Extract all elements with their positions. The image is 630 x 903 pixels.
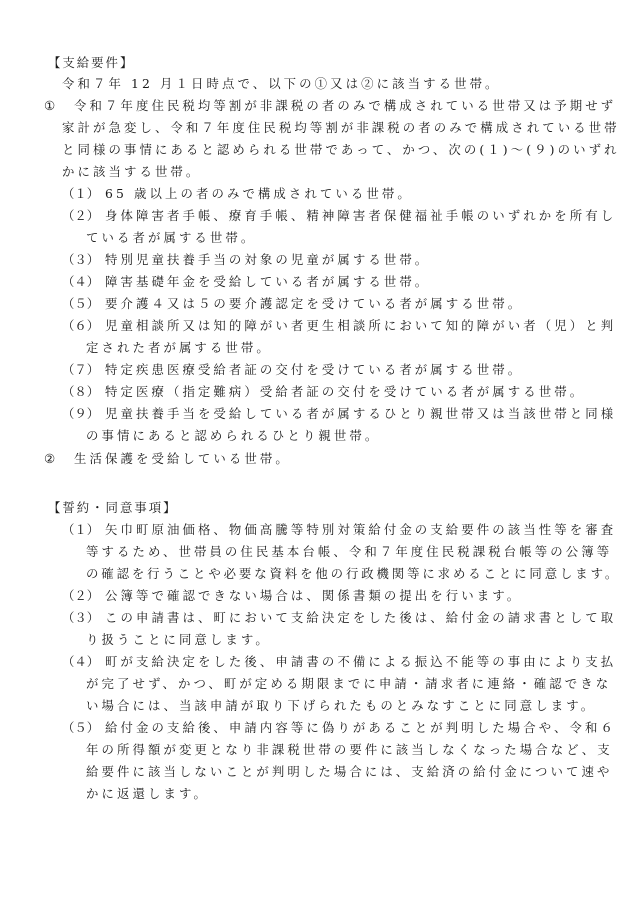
subitem-marker: （５） — [62, 296, 99, 312]
pledge-marker: （３） — [62, 610, 99, 626]
subitem-marker: （２） — [62, 208, 99, 224]
subitem-marker: （８） — [62, 384, 99, 400]
pledge-line: が完了せず、かつ、町が定める期限までに申請・請求者に連絡・確認できな — [86, 676, 611, 692]
subitem-line: 65 歳以上の者のみで構成されている世帯。 — [105, 186, 413, 202]
pledge-line: い場合には、当該申請が取り下げられたものとみなすことに同意します。 — [86, 698, 596, 714]
subitem-line: 特定医療（指定難病）受給者証の交付を受けている者が属する世帯。 — [105, 384, 585, 400]
subitem-line: の事情にあると認められるひとり親世帯。 — [86, 428, 380, 444]
subitem-line: 特定疾患医療受給者証の交付を受けている者が属する世帯。 — [105, 362, 523, 378]
item1-marker: ① — [44, 98, 55, 114]
subitem-line: 身体障害者手帳、療育手帳、精神障害者保健福祉手帳のいずれかを所有し — [105, 208, 616, 224]
subitem-marker: （７） — [62, 362, 99, 378]
requirements-intro: 令和７年 12 月１日時点で、以下の①又は②に該当する世帯。 — [62, 76, 501, 92]
item1-line: 家計が急変し、令和７年度住民税均等割が非課税の者のみで構成されている世帯 — [62, 120, 620, 136]
subitem-marker: （９） — [62, 406, 99, 422]
requirements-heading: 【支給要件】 — [48, 55, 134, 71]
item2-marker: ② — [44, 451, 55, 467]
pledge-line: り扱うことに同意します。 — [86, 632, 271, 648]
pledge-line: 矢巾町原油価格、物価高騰等特別対策給付金の支給要件の該当性等を審査 — [105, 522, 616, 538]
pledge-line: かに返還します。 — [86, 786, 209, 802]
pledge-line: この申請書は、町において支給決定をした後は、給付金の請求書として取 — [105, 610, 616, 626]
pledge-marker: （５） — [62, 720, 99, 736]
subitem-marker: （３） — [62, 252, 99, 268]
subitem-line: 定された者が属する世帯。 — [86, 340, 272, 356]
pledge-marker: （１） — [62, 522, 99, 538]
subitem-line: 障害基礎年金を受給している者が属する世帯。 — [105, 274, 430, 290]
item2-line: 生活保護を受給している世帯。 — [74, 451, 291, 467]
subitem-marker: （４） — [62, 274, 99, 290]
subitem-line: 特別児童扶養手当の対象の児童が属する世帯。 — [105, 252, 430, 268]
pledge-line: 給要件に該当しないことが判明した場合には、支給済の給付金について速や — [86, 764, 612, 780]
subitem-marker: （１） — [62, 186, 99, 202]
pledge-heading: 【誓約・同意事項】 — [48, 500, 178, 516]
pledge-line: 等するため、世帯員の住民基本台帳、令和７年度住民税課税台帳等の公簿等 — [86, 544, 612, 560]
item1-line: と同様の事情にあると認められる世帯であって、かつ、次の(１)～(９)のいずれ — [62, 142, 620, 158]
pledge-line: 給付金の支給後、申請内容等に偽りがあることが判明した場合や、令和６ — [105, 720, 616, 736]
pledge-line: 公簿等で確認できない場合は、関係書類の提出を行います。 — [105, 588, 522, 604]
pledge-line: 町が支給決定をした後、申請書の不備による振込不能等の事由により支払 — [105, 654, 616, 670]
pledge-marker: （４） — [62, 654, 99, 670]
subitem-line: ている者が属する世帯。 — [86, 230, 256, 246]
pledge-line: 年の所得額が変更となり非課税世帯の要件に該当しなくなった場合など、支 — [86, 742, 613, 758]
subitem-marker: （６） — [62, 318, 99, 334]
item1-line: 令和７年度住民税均等割が非課税の者のみで構成されている世帯又は予期せず — [74, 98, 616, 114]
subitem-line: 要介護４又は５の要介護認定を受けている者が属する世帯。 — [105, 296, 523, 312]
pledge-line: の確認を行うことや必要な資料を他の行政機関等に求めることに同意します。 — [86, 566, 620, 582]
item1-line: かに該当する世帯。 — [62, 164, 201, 180]
subitem-line: 児童相談所又は知的障がい者更生相談所において知的障がい者（児）と判 — [105, 318, 616, 334]
pledge-marker: （２） — [62, 588, 99, 604]
subitem-line: 児童扶養手当を受給している者が属するひとり親世帯又は当該世帯と同様 — [105, 406, 616, 422]
